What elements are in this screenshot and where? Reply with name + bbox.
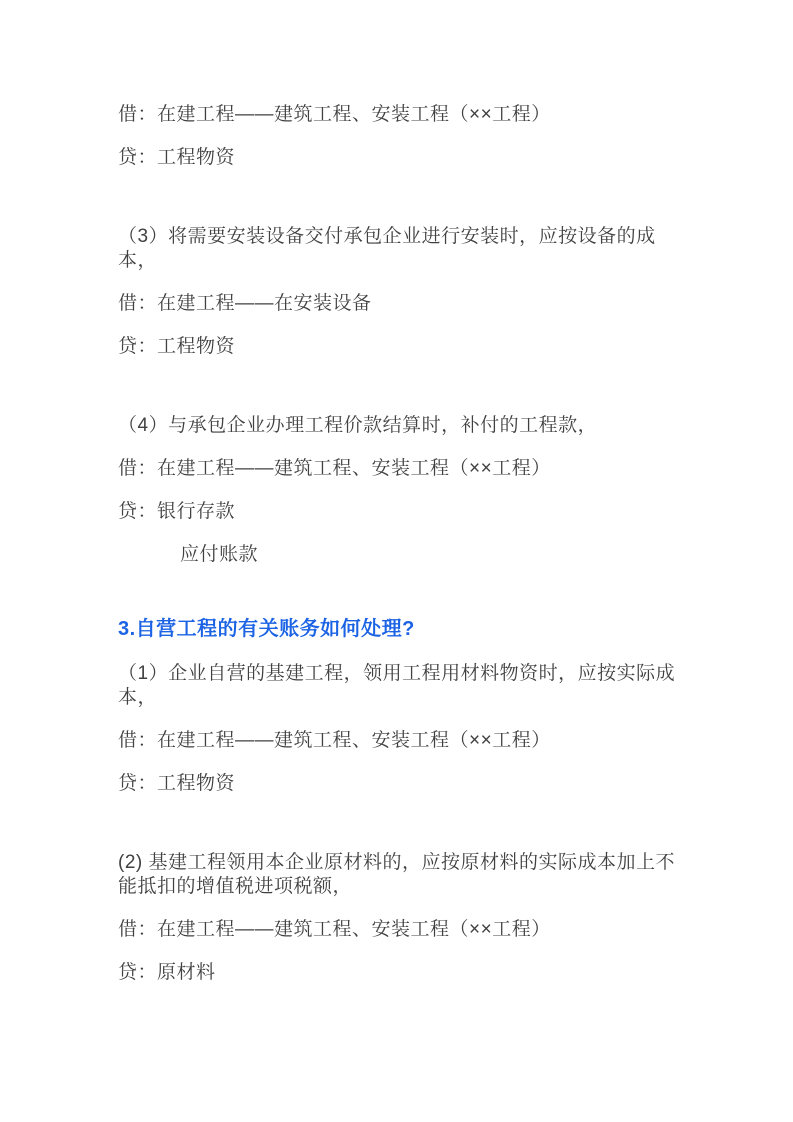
document-line: 贷：工程物资 [118, 772, 681, 796]
document-line: （4）与承包企业办理工程价款结算时，补付的工程款， [118, 414, 681, 438]
document-line: （3）将需要安装设备交付承包企业进行安装时，应按设备的成本， [118, 225, 681, 273]
document-line: 借：在建工程——建筑工程、安装工程（××工程） [118, 457, 681, 481]
document-page: 借：在建工程——建筑工程、安装工程（××工程）贷：工程物资（3）将需要安装设备交… [0, 0, 793, 1122]
document-line: (2) 基建工程领用本企业原材料的，应按原材料的实际成本加上不能抵扣的增值税进项… [118, 851, 681, 899]
document-body: 借：在建工程——建筑工程、安装工程（××工程）贷：工程物资（3）将需要安装设备交… [118, 103, 681, 985]
paragraph-spacer [118, 815, 681, 851]
paragraph-spacer [118, 378, 681, 414]
document-line: （1）企业自营的基建工程，领用工程用材料物资时，应按实际成本， [118, 662, 681, 710]
document-line: 借：在建工程——建筑工程、安装工程（××工程） [118, 103, 681, 127]
document-line: 贷：工程物资 [118, 335, 681, 359]
paragraph-spacer [118, 586, 681, 617]
document-line: 借：在建工程——建筑工程、安装工程（××工程） [118, 918, 681, 942]
document-line: 贷：原材料 [118, 961, 681, 985]
document-line: 贷：银行存款 [118, 500, 681, 524]
paragraph-spacer [118, 189, 681, 225]
document-line: 借：在建工程——建筑工程、安装工程（××工程） [118, 729, 681, 753]
document-line: 应付账款 [118, 543, 681, 567]
document-line: 贷：工程物资 [118, 146, 681, 170]
document-line: 借：在建工程——在安装设备 [118, 292, 681, 316]
section-heading: 3.自营工程的有关账务如何处理? [118, 617, 681, 641]
